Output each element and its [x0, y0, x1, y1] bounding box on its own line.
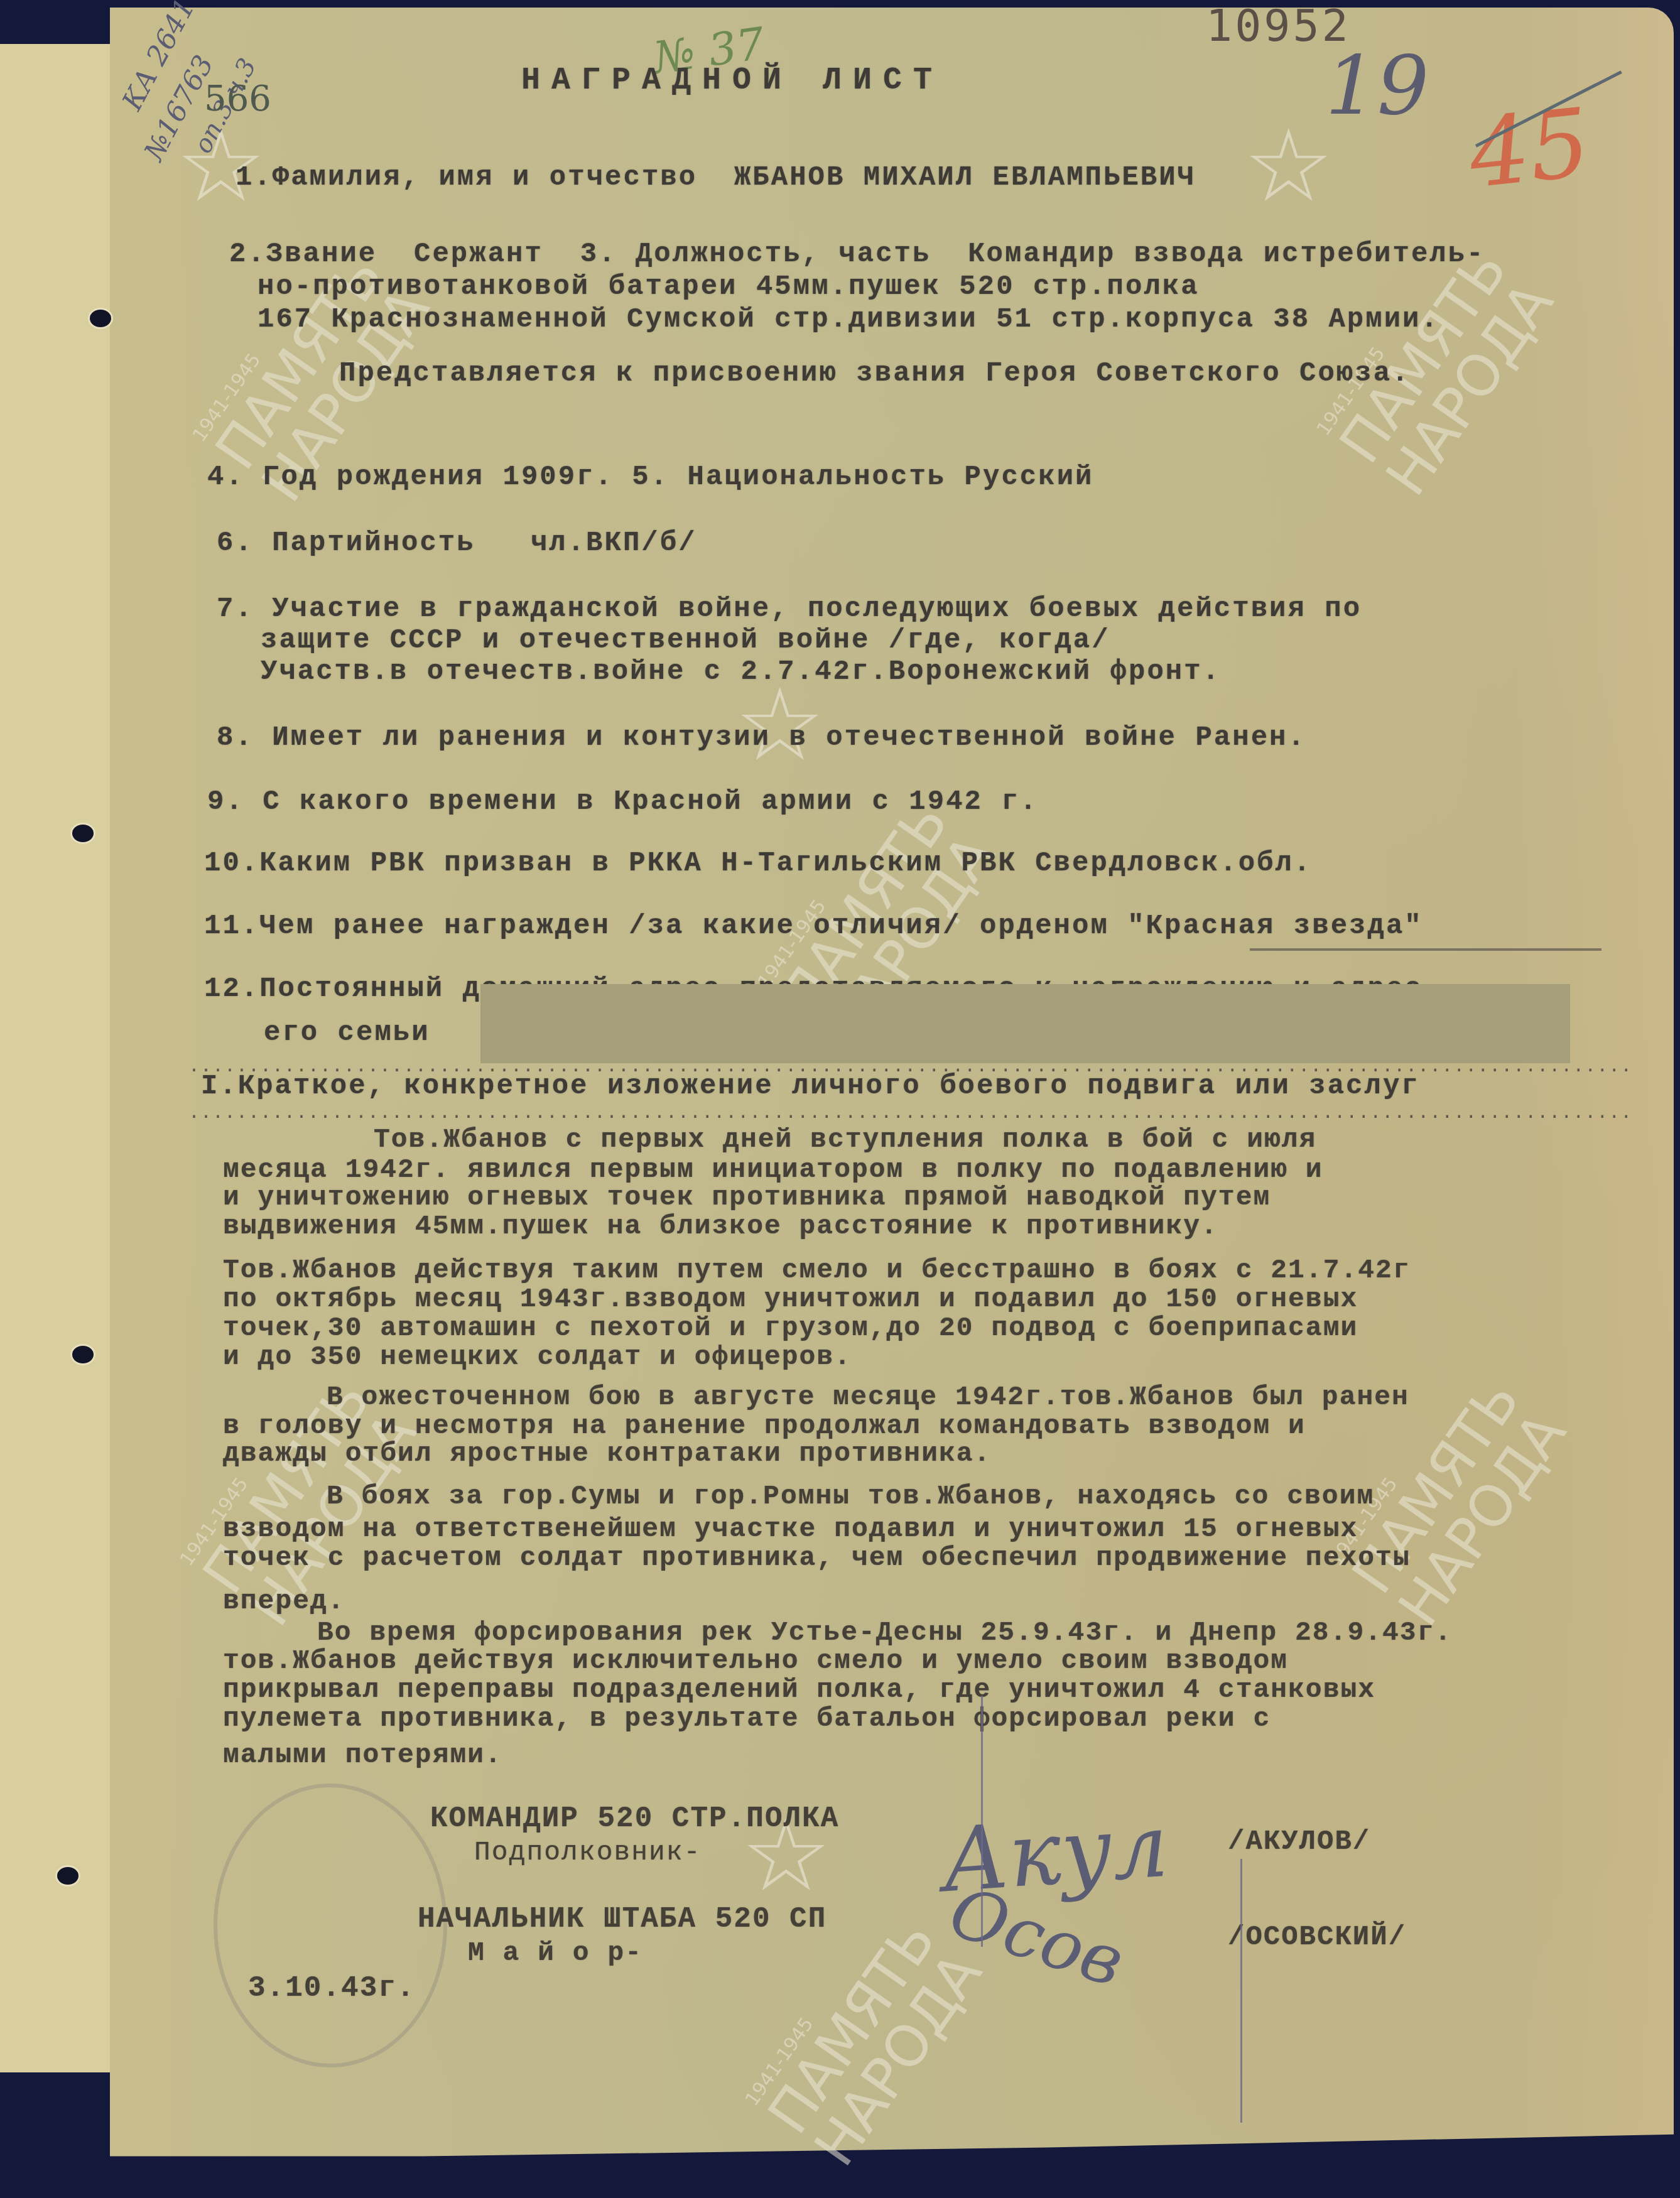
army-since: с 1942 г.	[872, 786, 1039, 818]
binding-hole	[55, 1865, 80, 1887]
narrative-line: точек,30 автомашин с пехотой и грузом,до…	[223, 1313, 1358, 1343]
field-label: 9. С какого времени в Красной армии	[207, 786, 854, 818]
signature-stroke	[1240, 1859, 1242, 2123]
narrative-line: месяца 1942г. явился первым инициатором …	[223, 1154, 1323, 1185]
field-label: 1.Фамилия, имя и отчество	[236, 162, 697, 193]
narrative-line: вперед.	[223, 1586, 345, 1616]
commander-title: КОМАНДИР 520 СТР.ПОЛКА	[430, 1802, 839, 1835]
document-title: НАГРАДНОЙ ЛИСТ	[521, 63, 943, 99]
field-label: 5. Национальность	[632, 462, 946, 493]
narrative-line: и до 350 немецких солдат и офицеров.	[223, 1341, 852, 1372]
chief-of-staff-name: /ОСОВСКИЙ/	[1228, 1922, 1406, 1953]
nomination: Представляется к присвоению звания Героя…	[339, 358, 1410, 389]
underline	[1250, 948, 1601, 951]
narrative-line: и уничтожению огневых точек противника п…	[223, 1182, 1271, 1213]
field-label: 3. Должность, часть	[580, 239, 931, 270]
birth-year: 1909г.	[502, 462, 613, 493]
field-12-label-2: его семьи	[264, 1017, 430, 1049]
position: Командир взвода истребитель-	[968, 239, 1485, 270]
field-11: 11.Чем ранее награжден /за какие отличия…	[204, 911, 1423, 942]
commander-name: /АКУЛОВ/	[1228, 1826, 1370, 1858]
field-6: 6. Партийность чл.ВКП/б/	[217, 528, 697, 559]
sheet-number: 19	[1325, 38, 1429, 133]
underlying-sheet	[0, 44, 121, 2072]
signature-stroke	[981, 1696, 983, 1947]
narrative-line: по октябрь месяц 1943г.взводом уничтожил…	[223, 1284, 1358, 1314]
narrative-line: Во время форсирования рек Устье-Десны 25…	[317, 1617, 1452, 1648]
chief-of-staff-title: НАЧАЛЬНИК ШТАБА 520 СП	[418, 1903, 826, 1935]
chief-of-staff-rank: М а й о р-	[468, 1937, 642, 1968]
narrative-line: Тов.Жбанов действуя таким путем смело и …	[223, 1255, 1411, 1286]
narrative-line: тов.Жбанов действуя исключительно смело …	[223, 1645, 1288, 1676]
field-label: 11.Чем ранее награжден /за какие отличия…	[204, 911, 962, 942]
field-7-label: 7. Участие в гражданской войне, последую…	[217, 593, 1362, 625]
narrative-line: выдвижения 45мм.пушек на близкое расстоя…	[223, 1211, 1218, 1242]
narrative-line: В ожесточенном бою в августе месяце 1942…	[327, 1382, 1409, 1412]
binding-hole	[70, 1344, 95, 1365]
binding-hole	[88, 308, 113, 329]
narrative-line: малыми потерями.	[223, 1740, 502, 1770]
rank: Сержант	[414, 239, 543, 270]
full-name: ЖБАНОВ МИХАИЛ ЕВЛАМПЬЕВИЧ	[734, 162, 1196, 193]
narrative-line: точек с расчетом солдат противника, чем …	[223, 1542, 1411, 1573]
narrative-line: взводом на ответственейшем участке подав…	[223, 1513, 1358, 1544]
previous-awards: орденом "Красная звезда"	[980, 911, 1423, 942]
field-label: 10.Каким РВК призван в РККА	[204, 848, 703, 879]
wounds: Ранен.	[1195, 722, 1306, 754]
narrative-line: пулемета противника, в результате баталь…	[223, 1703, 1271, 1734]
red-pencil-mark: 45	[1464, 89, 1595, 210]
redacted-address	[480, 984, 1570, 1063]
field-8: 8. Имеет ли ранения и контузии в отечест…	[217, 722, 1306, 754]
nationality: Русский	[965, 462, 1094, 493]
drafted-by: Н-Тагильским РВК Свердловск.обл.	[721, 848, 1312, 879]
narrative-line: в голову и несмотря на ранение продолжал…	[223, 1410, 1306, 1441]
field-label: 4. Год рождения	[207, 462, 484, 493]
sign-date: 3.10.43г.	[248, 1972, 415, 2005]
field-10: 10.Каким РВК призван в РККА Н-Тагильским…	[204, 848, 1312, 879]
margin-note: 566	[204, 78, 271, 119]
party: чл.ВКП/б/	[531, 528, 697, 559]
field-label: 6. Партийность	[217, 528, 475, 559]
commander-rank: Подполковник-	[474, 1837, 701, 1868]
field-9: 9. С какого времени в Красной армии с 19…	[207, 786, 1038, 818]
narrative-line: дважды отбил яростные контратаки противн…	[223, 1438, 991, 1469]
field-1: 1.Фамилия, имя и отчество ЖБАНОВ МИХАИЛ …	[236, 162, 1196, 193]
field-4-5: 4. Год рождения 1909г. 5. Национальность…	[207, 462, 1093, 493]
binding-hole	[70, 823, 95, 844]
position-line-2: но-противотанковой батареи 45мм.пушек 52…	[257, 271, 1200, 303]
narrative-line: прикрывал переправы подразделений полка,…	[223, 1674, 1375, 1705]
narrative-line: Тов.Жбанов с первых дней вступления полк…	[374, 1124, 1316, 1155]
field-label: 2.Звание	[229, 239, 377, 270]
field-7-value: Участв.в отечеств.войне с 2.7.42г.Вороне…	[261, 656, 1221, 688]
official-stamp	[214, 1784, 447, 2067]
narrative-heading: I.Краткое, конкретное изложение личного …	[201, 1071, 1420, 1102]
position-line-3: 167 Краснознаменной Сумской стр.дивизии …	[257, 304, 1439, 335]
field-label: 8. Имеет ли ранения и контузии в отечест…	[217, 722, 1177, 754]
field-7-label-2: защите СССР и отечественной войне /где, …	[261, 625, 1110, 656]
field-2-3: 2.Звание Сержант 3. Должность, часть Ком…	[229, 239, 1485, 270]
narrative-line: В боях за гор.Сумы и гор.Ромны тов.Жбано…	[327, 1481, 1374, 1512]
